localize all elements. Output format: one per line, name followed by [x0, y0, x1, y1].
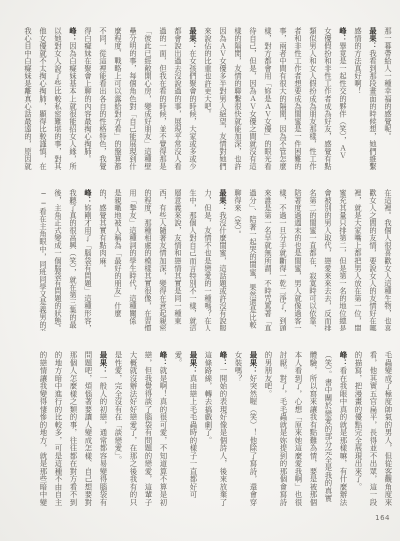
text-column: 會被別的男人取代，戀愛來來去去，反而排 [321, 189, 336, 331]
text-column: 那個人怎麼樣之類的事，往往都在對方看不到 [66, 351, 81, 519]
book-page: 那一幕帶給人一種幸福的感覺呢。最果：我看到那段畫面的時候想，她們維繫感情的方法真… [0, 0, 400, 541]
text-band-top: 那一幕帶給人一種幸福的感覺呢。最果：我看到那段畫面的時候想，她們維繫感情的方法真… [21, 27, 396, 175]
text-column: 最果：一般人的初戀，通常都容易變得腦袋有 [96, 351, 111, 519]
text-column: 他女優就不太掏心掏肺，顯得比較謹慎，在 [36, 27, 51, 175]
text-column: 看，他其實五官扁平，長得並不出眾，這一段 [366, 351, 381, 519]
text-column: 生中，那個人對自己而言特別不一樣，就這 [186, 189, 201, 331]
text-column: 裡，就是大家嘴上都把男人放在第一位，閨 [351, 189, 366, 331]
text-column: 待自己，但是，因為ＡＶ女優之間就沒有這 [246, 27, 261, 175]
text-column: 的程度，那種相處的模樣其實很像，在習慣 [141, 189, 156, 331]
text-column: 女優假扮和非性工作者成為好友，感覺有點 [321, 27, 336, 175]
text-column: 我心目中白癡妹是離真心話最遠的，原因就 [21, 27, 36, 175]
text-column: 感情的方法真好啊！ [351, 27, 366, 175]
text-column: 女裝嗎？ [231, 351, 246, 519]
speaker-name: 峰： [69, 27, 78, 42]
text-column: 事，兩者中間有很大的隔閡，因為不管怎麼 [276, 27, 291, 175]
speaker-name: 峰： [84, 189, 93, 204]
text-column: 的戀情讓我變得悽慘的地方，就是那些暗中變 [36, 351, 51, 519]
text-column: 大概就沒辦法好好戀愛了，在那之後我有的只 [126, 351, 141, 519]
speaker-name: 最果： [249, 351, 258, 374]
text-column: 來誰是第一名早就無所謂，不時咒罵著「真 [261, 189, 276, 331]
text-band-middle: 在這裡。我個人很喜歡女人這種生物，也喜歡女人之間的友情，要說女人的友情好在哪裡，… [36, 189, 396, 331]
text-column: 本人看到了，心想「原來她這麼愛我啊」也很 [291, 351, 306, 519]
text-column: 的男朋友吧。 [261, 351, 276, 519]
text-column: 戀，但我覺得談了腦袋有問題的戀愛，這輩子 [141, 351, 156, 519]
text-column: 過的一面，但我在看的時候，並不覺得那是 [156, 27, 171, 175]
text-column: 是性愛，完全沒有在「談戀愛」。 [111, 351, 126, 519]
text-column: 因為ＡＶ女優多半對男人絕望，友情對她們 [216, 27, 231, 175]
speaker-name: 峰： [339, 27, 348, 42]
text-column: 毛蟲變成了極度帥氣的男人，但從客觀角度來 [381, 351, 396, 519]
text-column: 歡女人之間的友情，要說女人的友情好在哪 [366, 189, 381, 331]
text-column: 體驗，所以寫來讓我有點難為情，要是被那個 [306, 351, 321, 519]
text-column: 都會說出過去沒說過的事，展現平常沒人看 [171, 27, 186, 175]
speaker-name: 最果： [99, 351, 108, 374]
text-column: 的地方暗中進行的比較多，可是這種不由自主 [51, 351, 66, 519]
text-column: 峰：畢竟是一起性交的夥伴（笑），ＡＶ [336, 27, 351, 175]
text-column: 樣，不過一旦分手就斷得一乾二淨了，到頭 [276, 189, 291, 331]
text-column: 用「摯友」這種詞的學生時代，這種關係 [126, 189, 141, 331]
text-column: 以她對女人說了些比較私密難堪的事，對其 [51, 27, 66, 175]
text-column: 峰：看在我眼中真的就是那樣嘛，有什麼辦法 [336, 351, 351, 519]
text-column: 類似男人和女人假扮成為朋友那樣，性工作 [306, 27, 321, 175]
text-column: 者和非性工作者想要成為閨蜜是一件困難的 [291, 27, 306, 175]
text-column: 得白癡妹在聚會上聊的內容最掏心掏肺。 [81, 27, 96, 175]
text-column: 峰：一開始的表現好像是個詩人，後來放棄了 [216, 351, 231, 519]
text-column: 樣的隔閡，友情的聯繫很快就能加深，也許 [231, 27, 246, 175]
text-column: 聊得來（笑）。 [231, 189, 246, 331]
text-column: ──看在主角眼中，同班同學又是義男的毛 [36, 189, 51, 331]
text-column: （笑）。書中關於戀愛的部分完全是我的真實 [321, 351, 336, 519]
text-column: 麼程度、戰略上可以露給對方看」的盤算都 [111, 27, 126, 175]
text-column: 最果：我看到那段畫面的時候想，她們維繫 [366, 27, 381, 175]
text-column: 最果：我沒什麼閨蜜，這話題或許沒有說服 [216, 189, 231, 331]
text-column: 不同，從這裡能看出各自的性格特色，我覺 [96, 27, 111, 175]
text-column: 問題吧，煩惱著要讓人變成怎樣、自己想要對 [81, 351, 96, 519]
text-column: 來說佔的比重也許更大吧。 [201, 27, 216, 175]
text-column: 最果：在女孩們聚會的時候，大家或多或少 [186, 27, 201, 175]
text-column: 的，感覺其實有點肉麻。 [96, 189, 111, 331]
text-column: 峰：就是啊！真的很可愛，不知道算不算是初 [156, 351, 171, 519]
text-column: 陪著度過週末的也是閨蜜，男人就像過客一 [291, 189, 306, 331]
text-column: 西，有些人隨著友情加深，變得在意起親密 [156, 189, 171, 331]
speaker-name: 最果： [219, 189, 228, 212]
text-column: 最果：真由戀上毛毛蟲時的樣子一直都好可 [186, 351, 201, 519]
text-column: 在這裡。我個人很喜歡女人這種生物，也喜 [381, 189, 396, 331]
text-column: 樣，對方都會用「妳是ＡＶ女優」的眼光看 [261, 27, 276, 175]
text-column: 壘分明的事，每個角色對「自己能展現到什 [126, 27, 141, 175]
page-number: 164 [375, 514, 390, 522]
text-column: 力，但是，友情不也是戀愛的一種嗎？在人 [201, 189, 216, 331]
text-column: 這條路線，轉去搞戲劇了。 [201, 351, 216, 519]
text-column: 「彼此已經敞開心房，變成好朋友」這種壁 [141, 27, 156, 175]
speaker-name: 峰： [339, 351, 348, 367]
text-column: 峰：因為白癡妹基本上就很能招女人緣，所 [66, 27, 81, 175]
text-column: 是親暱地被人稱為「最好的朋友」什麼 [111, 189, 126, 331]
text-column: 後，主角正式變成一個腦袋有問題的狀態。 [51, 189, 66, 331]
text-column: 蜜充其量只排第二，但是第一名的地位總是 [336, 189, 351, 331]
text-column: 峰：妳剛才用了「腦袋有問題」這種形容， [81, 189, 96, 331]
text-column: 我聽了真的很高興（笑），就在第三集的最 [66, 189, 81, 331]
text-column: 名第二的閨蜜一直都在，寂寞時可以依靠、 [306, 189, 321, 331]
speaker-name: 最果： [189, 351, 198, 374]
text-column: 討厭。對了，毛毛蟲就是妳提到的那個會寫詩 [276, 351, 291, 519]
text-band-bottom: 毛蟲變成了極度帥氣的男人，但從客觀角度來看，他其實五官扁平，長得並不出眾，這一段… [36, 351, 396, 519]
text-column: 過分」、陪著一起哭的閨蜜，果然還是比較 [246, 189, 261, 331]
text-column: 最果：好突然喔（笑）！他除了寫詩，還會穿 [246, 351, 261, 519]
text-column: 的描寫，把漫畫的優點完全展現出來了。 [351, 351, 366, 519]
speaker-name: 最果： [189, 27, 198, 50]
speaker-name: 峰： [159, 351, 168, 367]
text-column: 那一幕帶給人一種幸福的感覺呢。 [381, 27, 396, 175]
text-column: 愛。 [171, 351, 186, 519]
speaker-name: 最果： [369, 27, 378, 50]
text-column: 層意義來說，友情和戀情其實是同一種東 [171, 189, 186, 331]
speaker-name: 峰： [219, 351, 228, 367]
